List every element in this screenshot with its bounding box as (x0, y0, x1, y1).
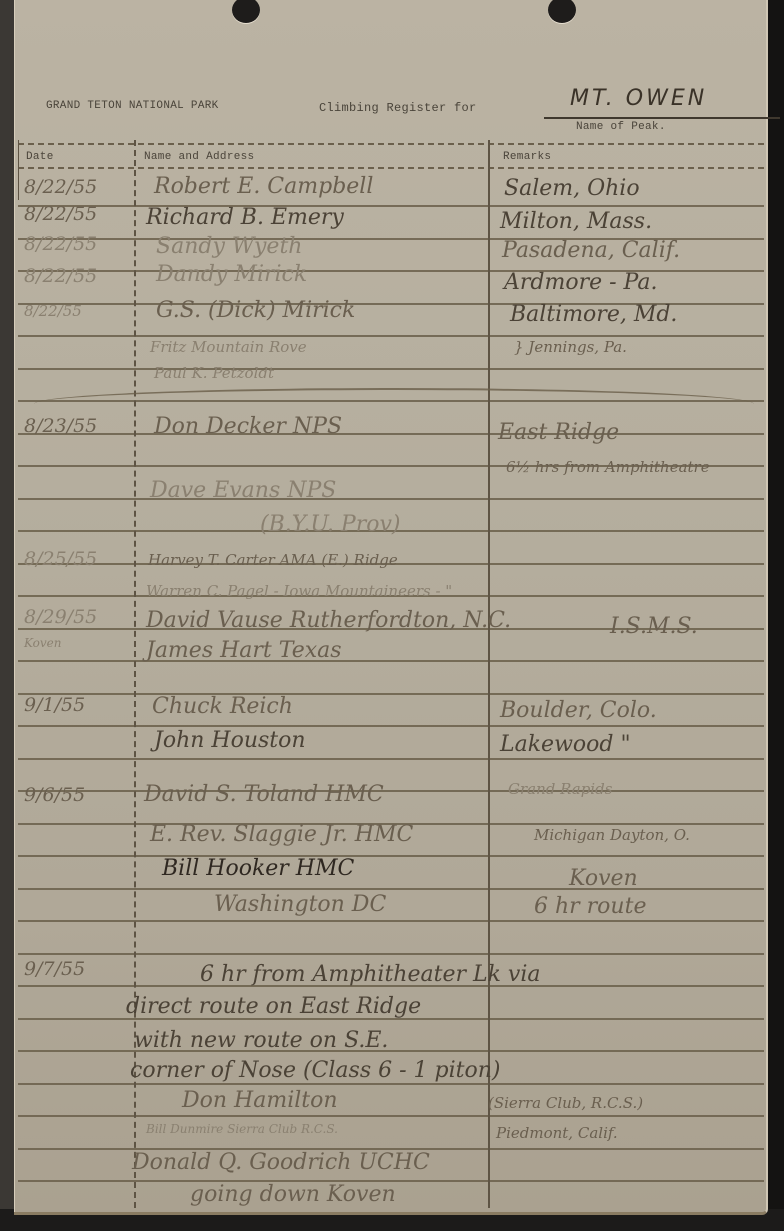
entry-remarks: (Sierra Club, R.C.S.) (488, 1094, 643, 1112)
register-sheet: GRAND TETON NATIONAL PARK Climbing Regis… (14, 0, 768, 1215)
register-label: Climbing Register for (319, 101, 477, 115)
entry-date: 8/25/55 (24, 548, 97, 570)
entry-date: 8/22/55 (24, 203, 97, 225)
rule-line (18, 758, 764, 760)
rule-line (18, 205, 764, 207)
entry-date: 8/22/55 (24, 302, 82, 320)
entry-name: Robert E. Campbell (154, 174, 373, 199)
entry-name: Bill Dunmire Sierra Club R.C.S. (146, 1122, 338, 1136)
rule-line (18, 143, 764, 145)
entry-name: direct route on East Ridge (126, 994, 421, 1019)
entry-name: Paul K. Petzoldt (154, 364, 274, 382)
entry-remarks: Baltimore, Md. (510, 302, 677, 327)
entry-name: Dave Evans NPS (150, 478, 336, 503)
entry-date: Koven (24, 636, 61, 650)
entry-remarks: Koven (569, 866, 638, 891)
rule-line (18, 1115, 764, 1117)
peak-name: MT. OWEN (570, 86, 707, 111)
entry-remarks: Piedmont, Calif. (496, 1124, 618, 1142)
entry-date: 9/6/55 (24, 784, 85, 806)
entry-remarks: I.S.M.S. (610, 614, 698, 639)
entry-remarks: Lakewood " (500, 732, 631, 757)
entry-name: James Hart Texas (146, 638, 342, 663)
entry-remarks: } Jennings, Pa. (514, 338, 627, 356)
rule-line (18, 167, 764, 169)
entry-name: Richard B. Emery (146, 205, 344, 230)
entry-remarks: Pasadena, Calif. (502, 238, 680, 263)
entry-name: Dandy Mirick (156, 262, 307, 287)
entry-remarks: 6½ hrs from Amphitheatre (506, 458, 710, 476)
binder-hole-icon (232, 0, 260, 23)
entry-date: 8/22/55 (24, 265, 97, 287)
entry-date: 8/29/55 (24, 606, 97, 628)
rule-line (18, 790, 764, 792)
rule-line (18, 335, 764, 337)
rule-line (18, 498, 764, 500)
backdrop-right (766, 0, 784, 1231)
rule-line (18, 433, 764, 435)
entry-remarks: 6 hr route (534, 894, 646, 919)
park-name: GRAND TETON NATIONAL PARK (46, 100, 219, 112)
rule-line (18, 1050, 764, 1052)
section-divider (34, 388, 754, 404)
entry-name: corner of Nose (Class 6 - 1 piton) (130, 1058, 500, 1083)
entry-name: Don Decker NPS (154, 414, 342, 439)
peak-underline (544, 117, 780, 119)
rule-line (18, 855, 764, 857)
peak-caption: Name of Peak. (576, 121, 666, 133)
entry-remarks: Milton, Mass. (500, 209, 652, 234)
rule-line (18, 953, 764, 955)
entry-remarks: East Ridge (498, 420, 619, 445)
column-divider (488, 140, 490, 1208)
entry-name: Donald Q. Goodrich UCHC (132, 1150, 430, 1175)
entry-name: 6 hr from Amphitheater Lk via (200, 962, 541, 987)
entry-name: Sandy Wyeth (156, 234, 302, 259)
entry-remarks: Boulder, Colo. (500, 698, 657, 723)
rule-line (18, 693, 764, 695)
entry-name: Bill Hooker HMC (162, 856, 354, 881)
entry-name: with new route on S.E. (134, 1028, 388, 1053)
column-header-date: Date (26, 151, 54, 163)
entry-name: David S. Toland HMC (144, 782, 384, 807)
entry-name: going down Koven (190, 1182, 396, 1207)
entry-name: Warren C. Pagel - Iowa Mountaineers - " (146, 582, 452, 600)
rule-line (18, 920, 764, 922)
entry-name: John Houston (154, 728, 306, 753)
entry-remarks: Michigan Dayton, O. (534, 826, 690, 844)
entry-name: Washington DC (214, 892, 386, 917)
column-header-remarks: Remarks (503, 151, 551, 163)
entry-name: Fritz Mountain Rove (150, 338, 307, 356)
column-header-name: Name and Address (144, 151, 254, 163)
rule-line (18, 368, 764, 370)
column-divider (18, 140, 19, 200)
rule-line (18, 888, 764, 890)
entry-date: 9/1/55 (24, 694, 85, 716)
entry-name: E. Rev. Slaggie Jr. HMC (150, 822, 413, 847)
entry-name: David Vause Rutherfordton, N.C. (146, 608, 511, 633)
entry-remarks: Salem, Ohio (504, 176, 640, 201)
binder-hole-icon (548, 0, 576, 23)
entry-remarks: Ardmore - Pa. (504, 270, 657, 295)
rule-line (18, 660, 764, 662)
entry-name: Harvey T. Carter AMA (E.) Ridge (148, 551, 398, 569)
entry-date: 8/22/55 (24, 233, 97, 255)
entry-name: G.S. (Dick) Mirick (156, 298, 355, 323)
entry-date: 8/23/55 (24, 415, 97, 437)
entry-name: (B.Y.U. Prov) (260, 512, 401, 537)
entry-date: 9/7/55 (24, 958, 85, 980)
entry-name: Chuck Reich (152, 694, 293, 719)
entry-date: 8/22/55 (24, 176, 97, 198)
rule-line (18, 1083, 764, 1085)
rule-line (18, 725, 764, 727)
entry-remarks: Grand Rapids (508, 780, 612, 798)
entry-name: Don Hamilton (182, 1088, 338, 1113)
